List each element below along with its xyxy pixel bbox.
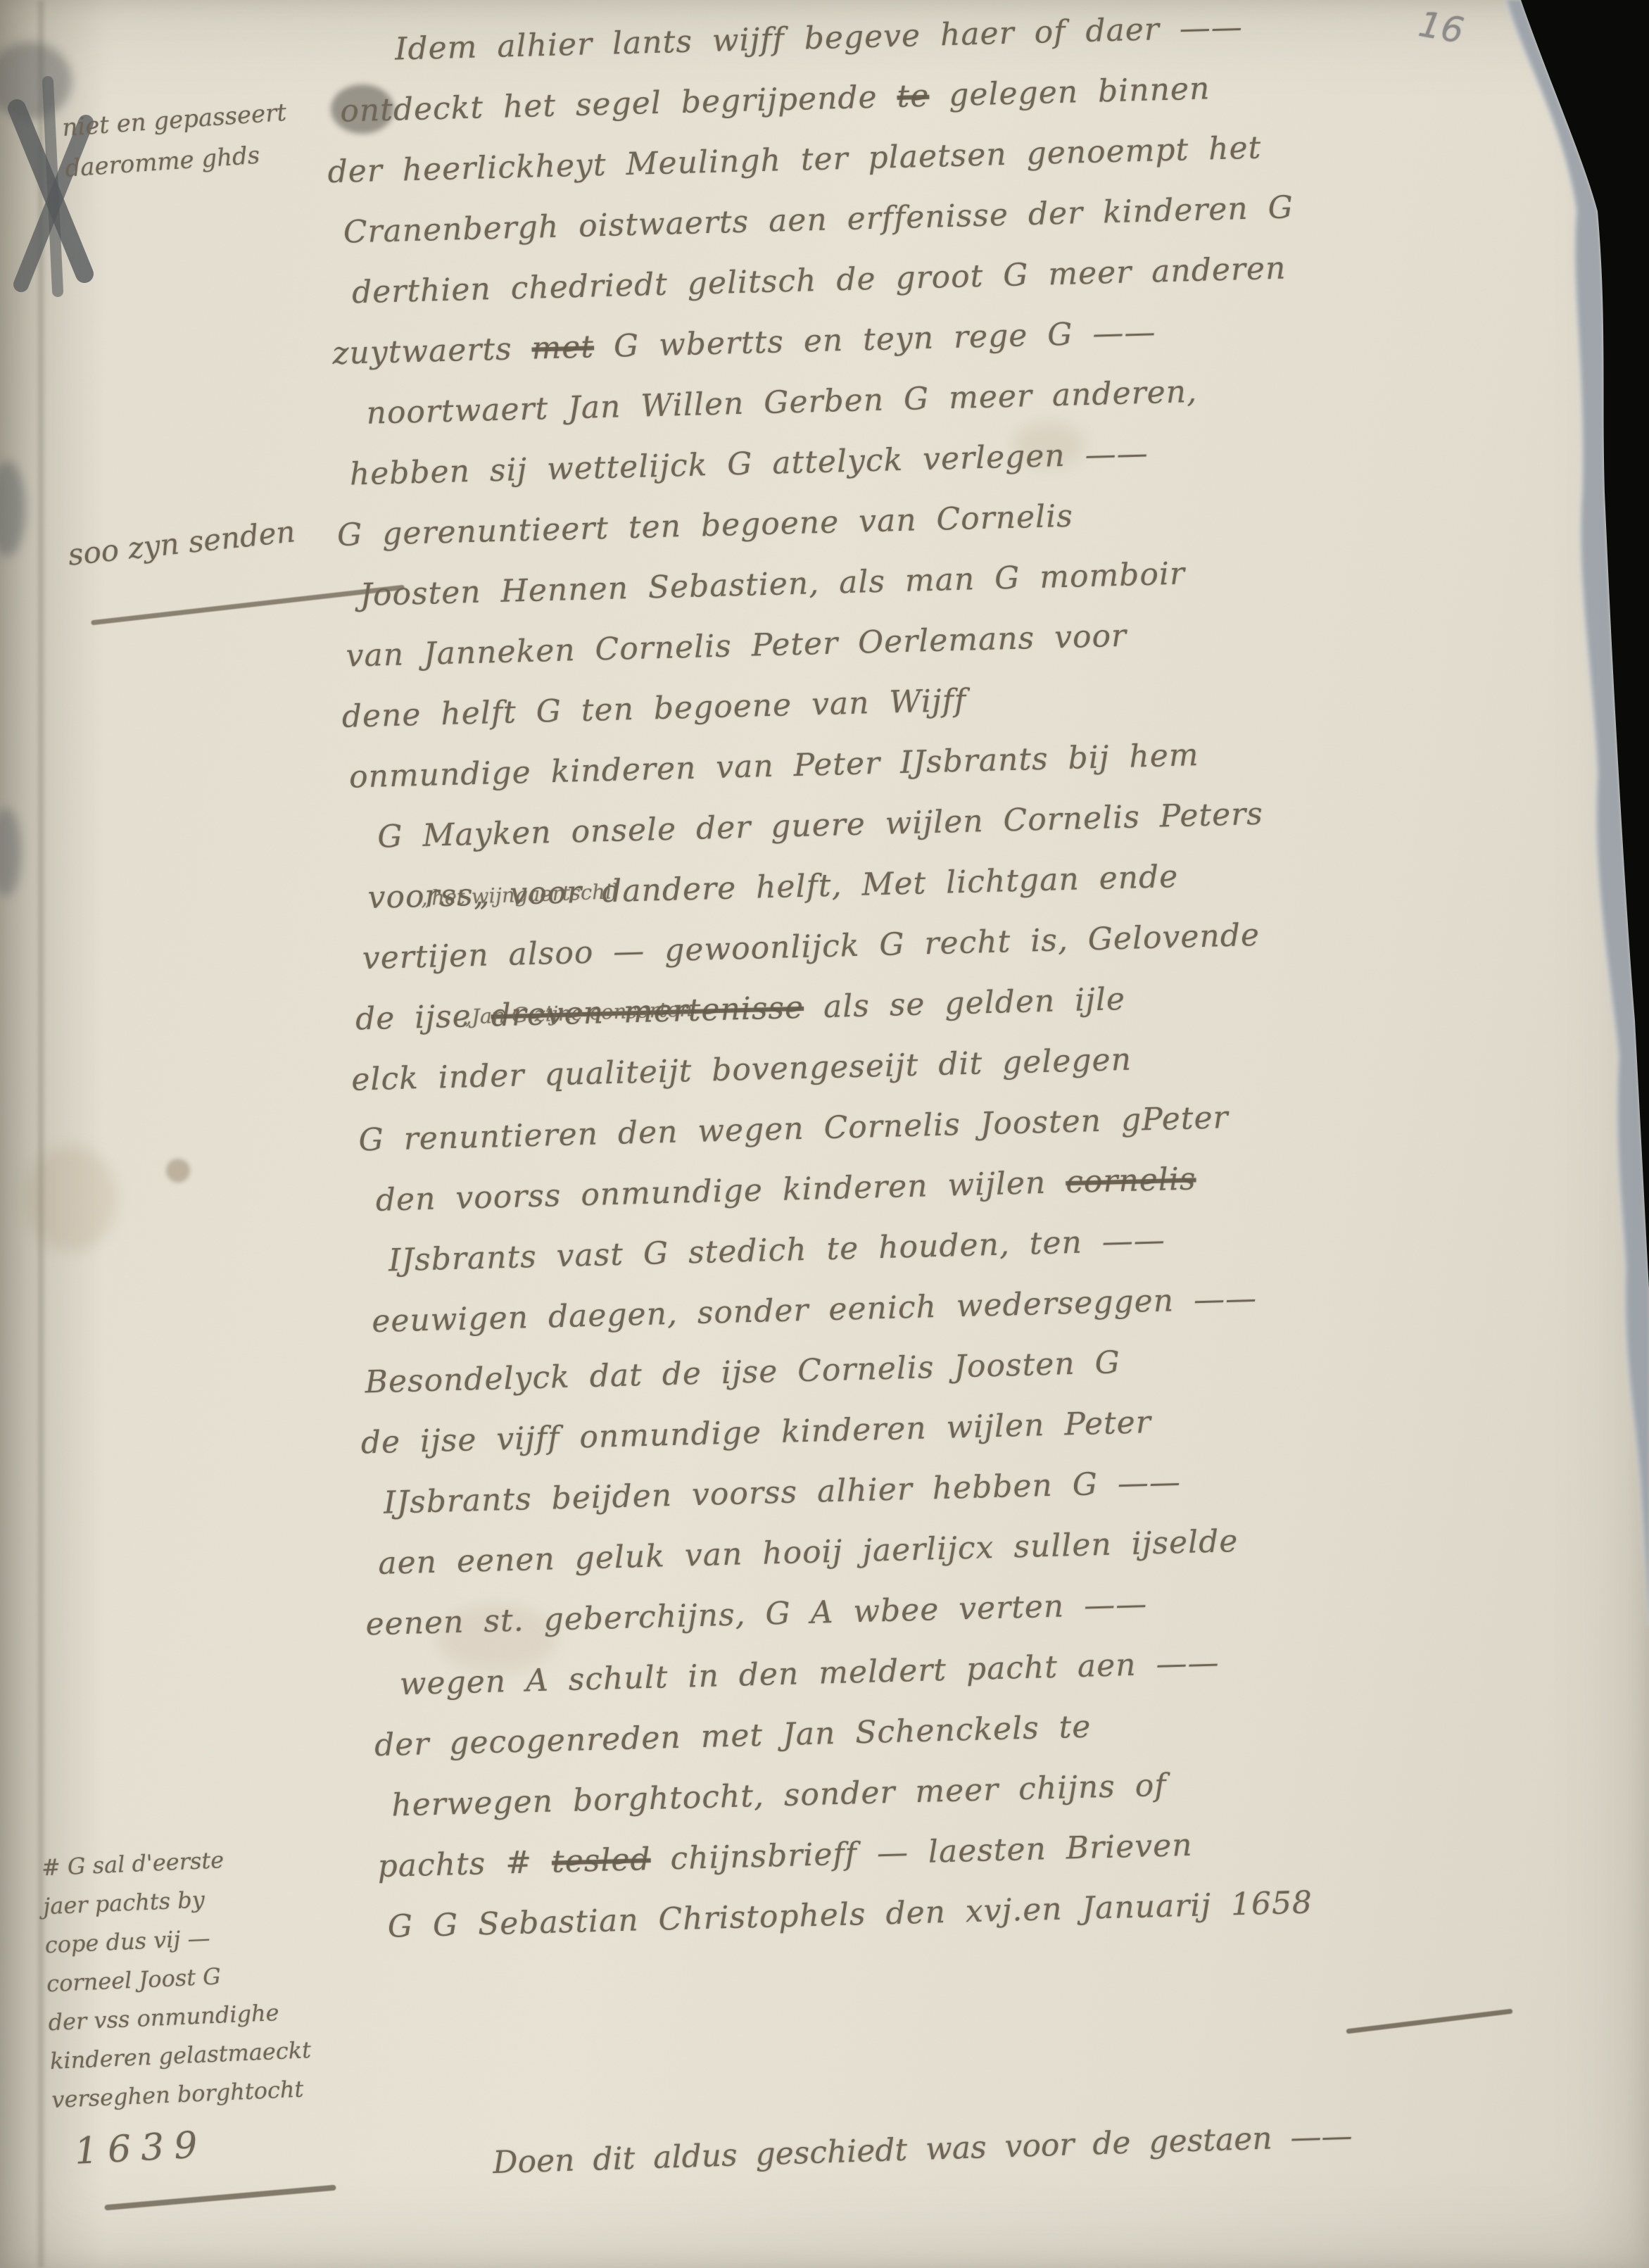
manuscript-line: de ijse dreven mertenisse als se gelden … xyxy=(355,956,1623,1050)
underline-flourish xyxy=(91,585,405,626)
margin-note-line: verseghen borghtocht xyxy=(51,2067,383,2119)
ink-smudge xyxy=(0,808,21,896)
ink-blot xyxy=(331,84,394,134)
margin-note-line: niet en gepasseert xyxy=(61,87,365,149)
paper-page: 16 niet en gepasseert daeromme ghds soo … xyxy=(0,0,1649,2268)
manuscript-line: zuytwaerts met G wbertts en teyn rege G … xyxy=(331,291,1605,384)
reference-cross-mark xyxy=(1,73,107,305)
manuscript-line: ontdeckt het segel begrijpende te gelege… xyxy=(339,49,1599,142)
struck-text: cornelis xyxy=(1066,1161,1197,1200)
manuscript-line: van Janneken Cornelis Peter Oerlemans vo… xyxy=(346,593,1614,687)
manuscript-line: noortwaert Jan Willen Gerben G meer ande… xyxy=(365,351,1607,444)
margin-note-bottom: # G sal d'eerstejaer pachts bycope dus v… xyxy=(41,1834,383,2119)
manuscript-line: onmundige kinderen van Peter IJsbrants b… xyxy=(348,714,1617,808)
manuscript-line: voorss„ voor dandere helft, Met lichtgan… xyxy=(367,835,1620,928)
manuscript-line: elck inder qualiteijt bovengeseijt dit g… xyxy=(350,1016,1624,1110)
manuscript-line: Joosten Hennen Sebastien, als man G momb… xyxy=(359,533,1612,626)
manuscript-line: Idem alhier lants wijff begeve haer of d… xyxy=(329,0,1598,82)
manuscript-line: Cranenbergh oistwaerts aen erffenisse de… xyxy=(343,170,1603,263)
manuscript-line: G Mayken onsele der guere wijlen Corneli… xyxy=(377,774,1618,867)
paper-stain xyxy=(166,1159,190,1183)
ink-smudge xyxy=(0,42,72,120)
margin-note-line: der vss onmundighe xyxy=(47,1989,379,2042)
margin-note-line: cope dus vij — xyxy=(44,1912,377,1965)
underline-1639 xyxy=(104,2185,336,2211)
interlinear-insertion: „Jan G zijne consorten xyxy=(461,998,693,1027)
ink-smudge xyxy=(0,461,25,556)
torn-edge-graphic xyxy=(1438,0,1649,2268)
fold-crease xyxy=(37,0,45,2268)
paper-stain xyxy=(1013,422,1084,467)
manuscript-line: hebben sij wettelijck G attelyck verlege… xyxy=(349,412,1609,505)
manuscript-final-line: Doen dit aldus geschiedt was voor de ges… xyxy=(493,2118,1353,2181)
manuscript-line: G gerenuntieert ten begoene van Cornelis xyxy=(336,472,1610,566)
manuscript-line: der heerlickheyt Meulingh ter plaetsen g… xyxy=(327,109,1601,203)
margin-note-underlined: soo zyn senden xyxy=(66,514,296,572)
paper-stain xyxy=(436,1605,556,1672)
margin-note-line: jaer pachts by xyxy=(42,1873,374,1926)
margin-note-top: niet en gepasseert daeromme ghds xyxy=(61,87,368,189)
struck-text: met xyxy=(531,329,595,366)
struck-text: te xyxy=(897,78,930,115)
interlinear-insertion: „het wijngaertschil xyxy=(421,881,619,909)
paper-stain xyxy=(25,1146,117,1252)
struck-text: tesled xyxy=(551,1841,651,1880)
struck-text: dreven mertenisse xyxy=(491,990,804,1034)
paper-texture xyxy=(0,0,1649,2268)
margin-note-line: # G sal d'eerste xyxy=(41,1834,373,1887)
margin-note-line: daeromme ghds xyxy=(64,127,369,189)
margin-note-line: corneel Joost G xyxy=(46,1951,378,2003)
year-1639: 1639 xyxy=(74,2124,208,2173)
margin-note-line: kinderen gelastmaeckt xyxy=(49,2028,381,2081)
manuscript-line: G renuntieren den wegen Cornelis Joosten… xyxy=(358,1077,1626,1171)
gutter-shadow xyxy=(0,0,106,2268)
manuscript-line: dene helft G ten begoene van Wijff xyxy=(341,654,1615,748)
manuscript-line: derthien chedriedt gelitsch de groot G m… xyxy=(351,230,1604,324)
manuscript-line: vertijen alsoo — gewoonlijck G recht is,… xyxy=(362,895,1622,989)
archival-scan: 16 niet en gepasseert daeromme ghds soo … xyxy=(0,0,1649,2268)
